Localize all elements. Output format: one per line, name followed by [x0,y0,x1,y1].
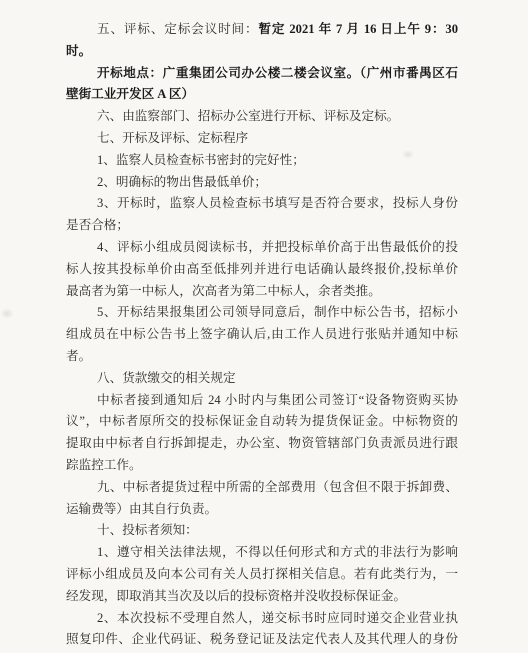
scanned-document-page: 五、评标、定标会议时间：暂定 2021 年 7 月 16 日上午 9：30时。开… [0,0,528,653]
text-segment: 者。 [66,349,91,363]
text-line-22: 九、中标者提货过程中所需的全部费用（包含但不限于拆卸费、 [66,477,458,499]
text-line-10: 是否合格； [66,215,458,237]
text-line-15: 组成员在中标公告书上签字确认后,由工作人员进行张贴并通知中标 [66,324,458,346]
text-segment: 壁街工业开发区 A 区） [66,87,194,101]
text-segment: 1、遵守相关法律法规，不得以任何形式和方式的非法行为影响 [97,545,458,559]
text-segment: 标人按其投标单价由高至低排列并进行电话确认最终报价,投标单价 [66,262,458,276]
text-segment: 运输费等）由其自行负责。 [66,502,217,516]
text-line-26: 评标小组成员及向本公司有关人员打探相关信息。若有此类行为，一 [66,564,458,586]
text-segment: 八、货款缴交的相关规定 [97,371,236,385]
text-line-2: 时。 [66,41,458,63]
text-segment: 议”，中标者原所交的投标保证金自动转为提货保证金。中标物资的 [66,414,458,428]
text-line-8: 2、明确标的物出售最低单价； [66,172,458,194]
text-segment: 暂定 2021 年 7 月 16 日上午 9：30 [258,22,458,36]
text-segment: 5、开标结果报集团公司领导同意后，制作中标公告书，招标小 [97,305,458,319]
text-line-13: 最高者为第一中标人，次高者为第二中标人，余者类推。 [66,281,458,303]
text-segment: 提取由中标者自行拆卸提走，办公室、物资管辖部门负责派员进行跟 [66,436,458,450]
text-line-20: 提取由中标者自行拆卸提走，办公室、物资管辖部门负责派员进行跟 [66,433,458,455]
text-segment: 照复印件、企业代码证、税务登记证及法定代表人及其代理人的身份 [66,632,458,646]
text-line-28: 2、本次投标不受理自然人，递交标书时应同时递交企业营业执 [66,608,458,630]
text-line-7: 1、监察人员检查标书密封的完好性； [66,150,458,172]
text-segment: 2、明确标的物出售最低单价； [97,175,267,189]
text-line-3: 开标地点：广重集团公司办公楼二楼会议室。（广州市番禺区石 [66,63,458,85]
text-line-21: 踪监控工作。 [66,455,458,477]
text-segment: 九、中标者提货过程中所需的全部费用（包含但不限于拆卸费、 [97,480,458,494]
text-line-29: 照复印件、企业代码证、税务登记证及法定代表人及其代理人的身份 [66,629,458,651]
text-line-5: 六、由监察部门、招标办公室进行开标、评标及定标。 [66,106,458,128]
text-line-14: 5、开标结果报集团公司领导同意后，制作中标公告书，招标小 [66,302,458,324]
text-line-19: 议”，中标者原所交的投标保证金自动转为提货保证金。中标物资的 [66,411,458,433]
text-line-4: 壁街工业开发区 A 区） [66,84,458,106]
text-segment: 七、开标及评标、定标程序 [97,131,248,145]
text-segment: 踪监控工作。 [66,458,142,472]
scan-smudge [0,308,14,319]
text-line-23: 运输费等）由其自行负责。 [66,499,458,521]
text-segment: 时。 [66,44,91,58]
text-segment: 评标小组成员及向本公司有关人员打探相关信息。若有此类行为，一 [66,567,458,581]
text-segment: 组成员在中标公告书上签字确认后,由工作人员进行张贴并通知中标 [66,327,458,341]
text-segment: 五、评标、定标会议时间： [97,22,258,36]
text-line-25: 1、遵守相关法律法规，不得以任何形式和方式的非法行为影响 [66,542,458,564]
text-segment: 十、投标者须知： [97,523,198,537]
text-line-16: 者。 [66,346,458,368]
text-segment: 最高者为第一中标人，次高者为第二中标人，余者类推。 [66,284,381,298]
text-line-6: 七、开标及评标、定标程序 [66,128,458,150]
document-body: 五、评标、定标会议时间：暂定 2021 年 7 月 16 日上午 9：30时。开… [66,19,458,651]
text-segment: 2、本次投标不受理自然人，递交标书时应同时递交企业营业执 [97,611,458,625]
text-segment: 六、由监察部门、招标办公室进行开标、评标及定标。 [97,109,399,123]
text-line-27: 经发现，即取消其当次及以后的投标资格并没收投标保证金。 [66,586,458,608]
text-line-12: 标人按其投标单价由高至低排列并进行电话确认最终报价,投标单价 [66,259,458,281]
text-line-17: 八、货款缴交的相关规定 [66,368,458,390]
text-segment: 4、评标小组成员阅读标书，并把投标单价高于出售最低价的投 [97,240,458,254]
text-segment: 3、开标时，监察人员检查标书填写是否符合要求，投标人身份 [97,196,458,210]
text-segment: 1、监察人员检查标书密封的完好性； [97,153,305,167]
text-segment: 中标者接到通知后 24 小时内与集团公司签订“设备物资购买协 [97,393,458,407]
text-line-18: 中标者接到通知后 24 小时内与集团公司签订“设备物资购买协 [66,390,458,412]
text-line-24: 十、投标者须知： [66,520,458,542]
text-line-9: 3、开标时，监察人员检查标书填写是否符合要求，投标人身份 [66,193,458,215]
text-segment: 经发现，即取消其当次及以后的投标资格并没收投标保证金。 [66,589,406,603]
text-segment: 开标地点：广重集团公司办公楼二楼会议室。（广州市番禺区石 [97,66,458,80]
text-segment: 是否合格； [66,218,129,232]
text-line-11: 4、评标小组成员阅读标书，并把投标单价高于出售最低价的投 [66,237,458,259]
text-line-1: 五、评标、定标会议时间：暂定 2021 年 7 月 16 日上午 9：30 [66,19,458,41]
